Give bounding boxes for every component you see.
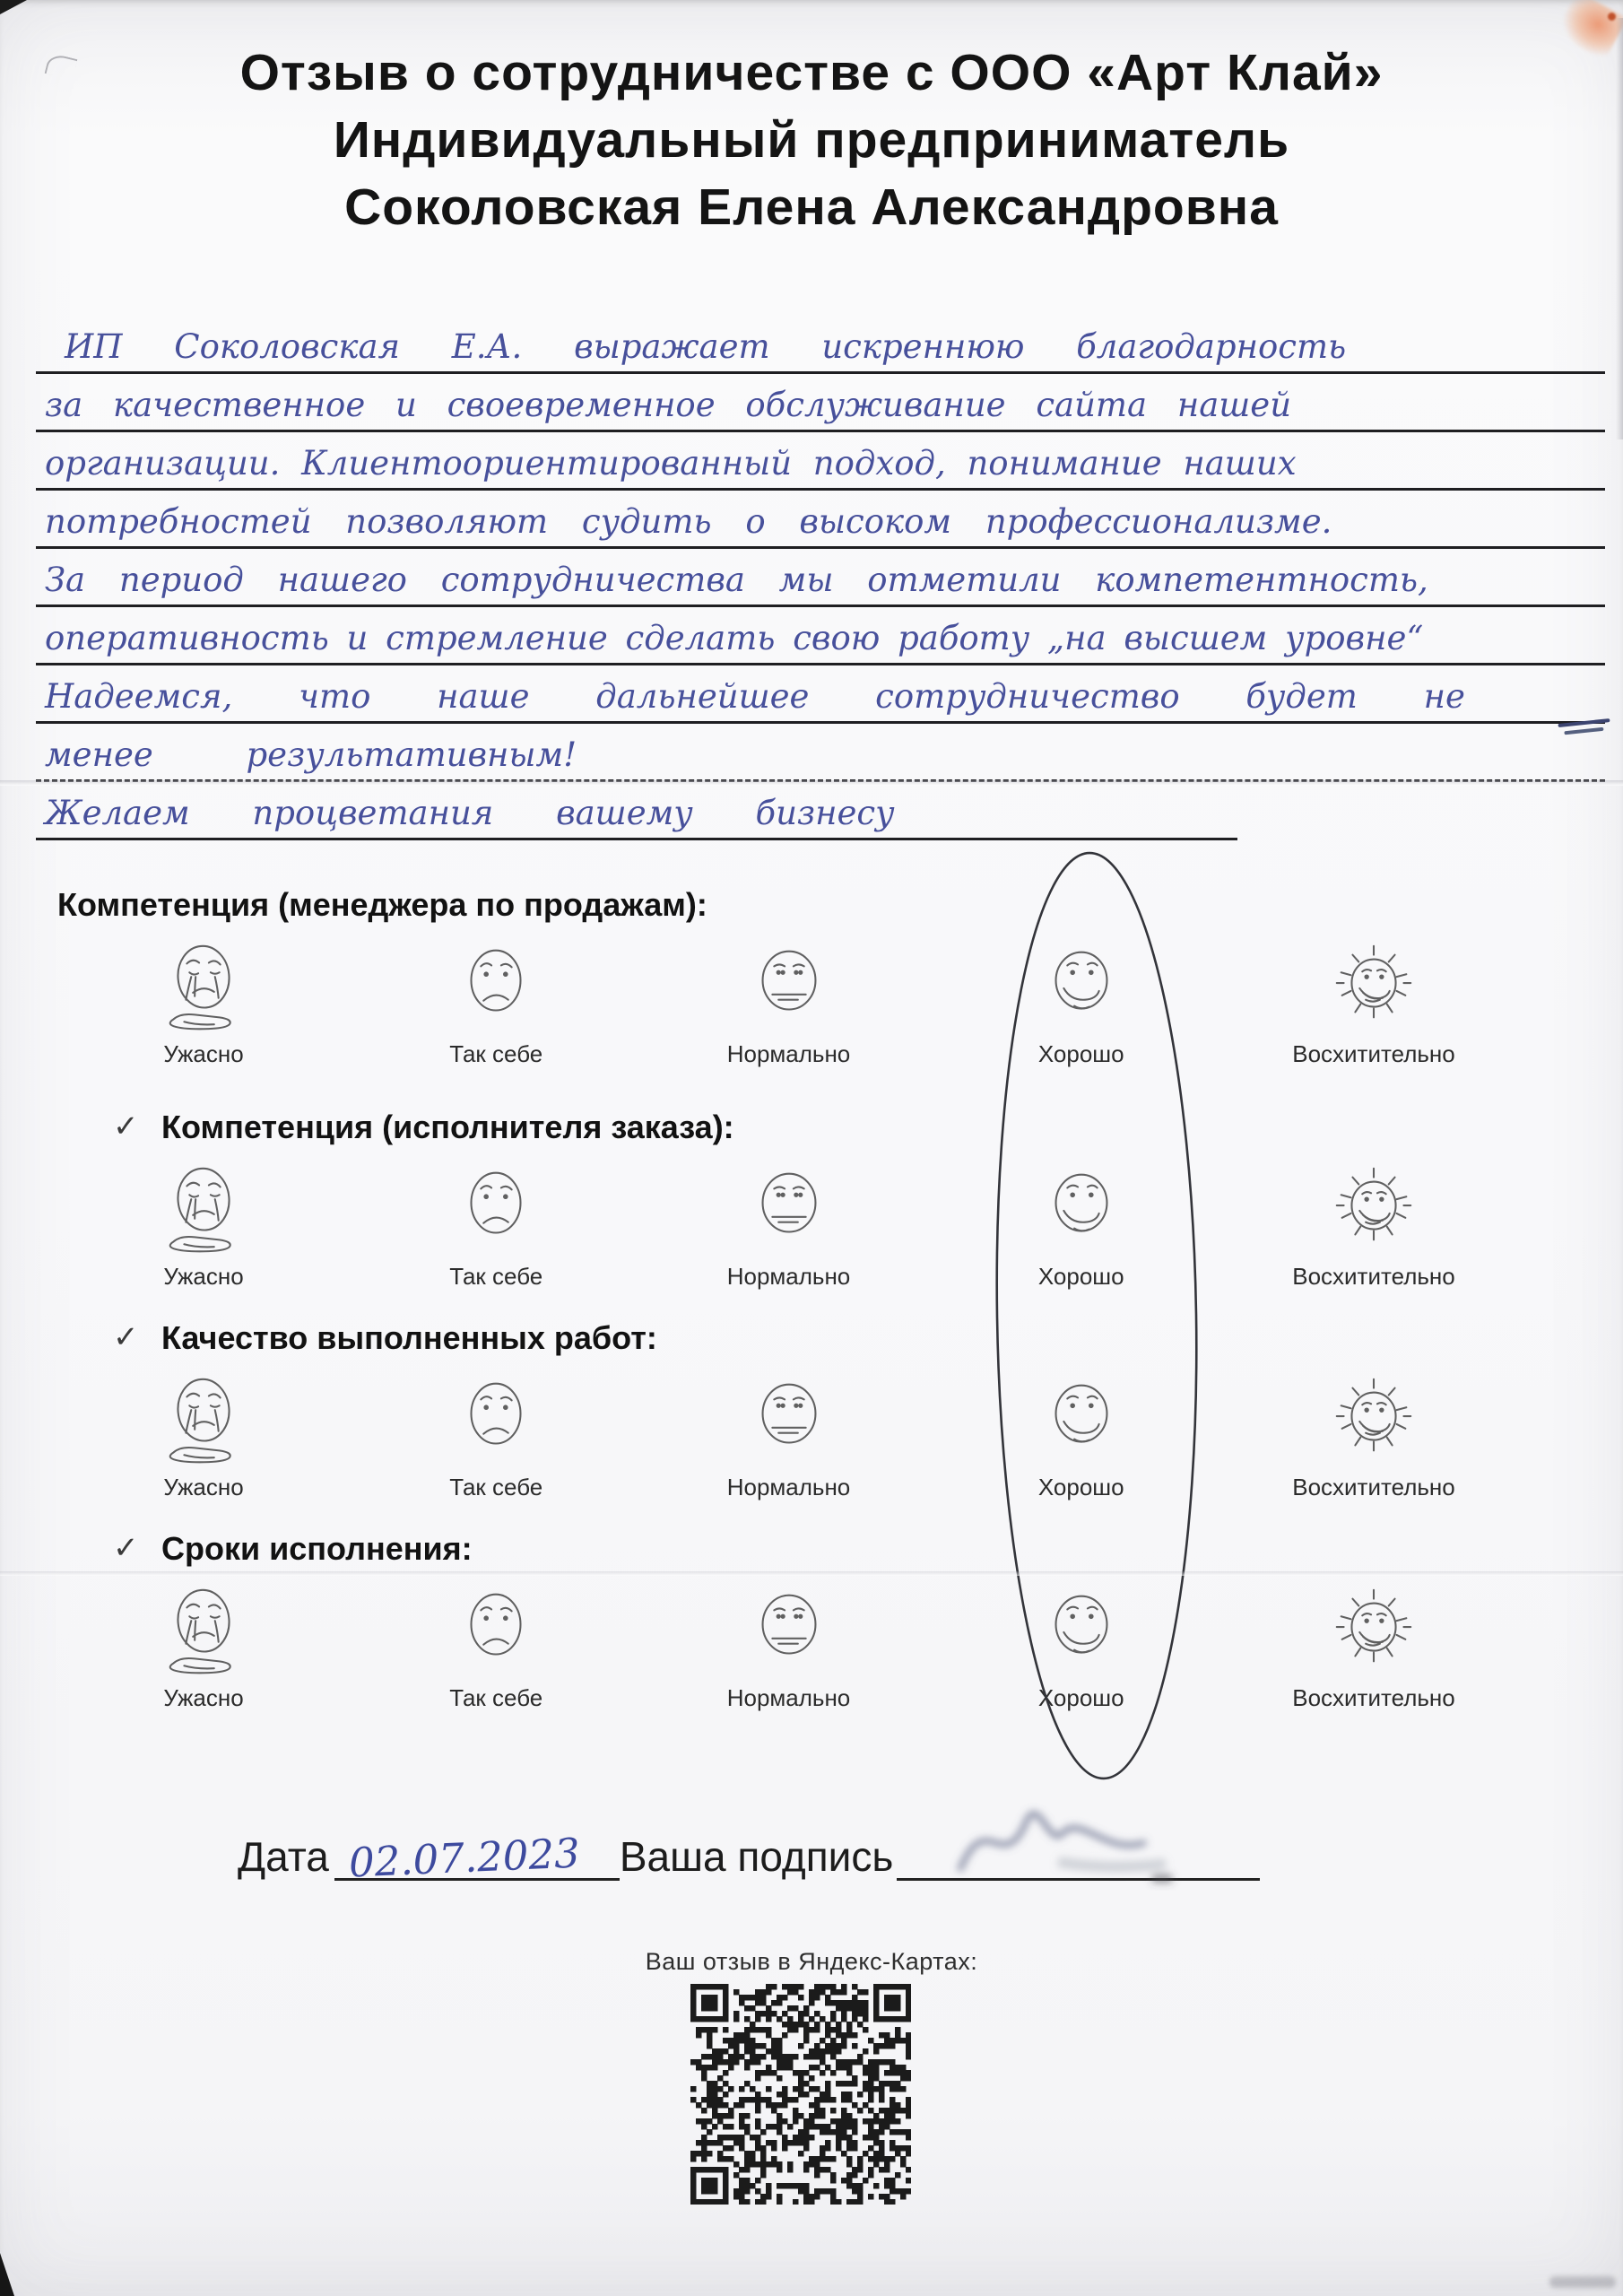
qr-code	[690, 1984, 911, 2205]
rating-option-good: Хорошо	[978, 1370, 1185, 1501]
sad-face-icon	[451, 1370, 541, 1468]
crying-face-icon	[159, 1370, 248, 1468]
rating-option-label: Ужасно	[163, 1040, 243, 1068]
scanned-feedback-form: Отзыв о сотрудничестве с ООО «Арт Клай» …	[0, 0, 1623, 2296]
rating-option-delightful: Восхитительно	[1271, 1580, 1477, 1712]
smiling-face-icon	[1037, 1580, 1126, 1679]
crying-face-icon	[159, 936, 248, 1035]
rating-section-heading: Качество выполненных работ:	[161, 1319, 657, 1357]
handwritten-line: организации. Клиентоориентированный подх…	[36, 432, 1605, 491]
rating-option-label: Нормально	[727, 1474, 851, 1501]
handwritten-line: за качественное и своевременное обслужив…	[36, 374, 1605, 432]
rating-option-good: Хорошо	[978, 1159, 1185, 1291]
sun-face-icon	[1329, 1580, 1419, 1679]
rating-options-row: Ужасно Так себе	[100, 1159, 1477, 1291]
scan-artifact-smudge	[1549, 2276, 1616, 2288]
neutral-face-icon	[744, 1159, 834, 1257]
neutral-face-icon	[744, 1580, 834, 1679]
handwritten-line: менее результативным!	[36, 724, 1605, 782]
rating-option-good: Хорошо	[978, 936, 1185, 1068]
rating-section: ✓ Компетенция (исполнителя заказа):	[0, 1109, 1623, 1319]
crying-face-icon	[159, 1159, 248, 1257]
rating-options-row: Ужасно Так себе	[100, 1580, 1477, 1712]
rating-options-row: Ужасно Так себе	[100, 936, 1477, 1068]
sad-face-icon	[451, 936, 541, 1035]
rating-section-header: ✓ Компетенция (исполнителя заказа):	[0, 1109, 1623, 1146]
handwritten-line: потребностей позволяют судить о высоком …	[36, 491, 1605, 549]
rating-option-label: Ужасно	[163, 1684, 243, 1712]
rating-option-so-so: Так себе	[393, 1159, 599, 1291]
scan-artifact-corner	[0, 2253, 14, 2296]
rating-option-so-so: Так себе	[393, 1370, 599, 1501]
rating-option-delightful: Восхитительно	[1271, 1370, 1477, 1501]
date-field: 02.07.2023	[334, 1826, 620, 1881]
signature-label: Ваша подпись	[620, 1832, 893, 1881]
rating-section-header: ✓ Качество выполненных работ:	[0, 1319, 1623, 1357]
rating-option-label: Хорошо	[1038, 1263, 1124, 1291]
rating-option-so-so: Так себе	[393, 1580, 599, 1712]
rating-option-so-so: Так себе	[393, 936, 599, 1068]
crying-face-icon	[159, 1580, 248, 1679]
rating-option-terrible: Ужасно	[100, 1159, 307, 1291]
handwritten-line: ИП Соколовская Е.А. выражает искреннюю б…	[36, 316, 1605, 374]
rating-option-label: Ужасно	[163, 1474, 243, 1501]
rating-option-good: Хорошо	[978, 1580, 1185, 1712]
signature-blurred	[924, 1792, 1219, 1891]
handwritten-line: оперативность и стремление сделать свою …	[36, 607, 1605, 665]
rating-option-terrible: Ужасно	[100, 1370, 307, 1501]
rating-option-label: Восхитительно	[1292, 1684, 1455, 1712]
handwritten-line: Желаем процветания вашему бизнесу	[36, 782, 1237, 840]
rating-section: ✓ Качество выполненных работ:	[0, 1319, 1623, 1530]
checkmark-icon: ✓	[113, 1109, 161, 1144]
rating-option-label: Так себе	[449, 1684, 542, 1712]
handwritten-line: Надеемся, что наше дальнейшее сотрудниче…	[36, 665, 1605, 724]
smiling-face-icon	[1037, 1370, 1126, 1468]
rating-option-label: Так себе	[449, 1474, 542, 1501]
rating-section-heading: Сроки исполнения:	[161, 1530, 473, 1568]
rating-option-delightful: Восхитительно	[1271, 1159, 1477, 1291]
rating-option-terrible: Ужасно	[100, 1580, 307, 1712]
rating-section: ✓ Компетенция (менеджера по продажам):	[0, 886, 1623, 1097]
scan-artifact-corner	[0, 0, 27, 14]
rating-option-terrible: Ужасно	[100, 936, 307, 1068]
smiling-face-icon	[1037, 1159, 1126, 1257]
rating-section-heading: Компетенция (менеджера по продажам):	[57, 886, 707, 924]
title-line-entrepreneur: Индивидуальный предприниматель	[0, 107, 1623, 174]
title-line-company: Отзыв о сотрудничестве с ООО «Арт Клай»	[0, 39, 1623, 107]
rating-option-label: Хорошо	[1038, 1474, 1124, 1501]
form-title: Отзыв о сотрудничестве с ООО «Арт Клай» …	[0, 39, 1623, 241]
rating-option-label: Ужасно	[163, 1263, 243, 1291]
rating-section-heading: Компетенция (исполнителя заказа):	[161, 1109, 734, 1146]
checkmark-icon: ✓	[113, 1319, 161, 1355]
rating-option-label: Восхитительно	[1292, 1040, 1455, 1068]
sad-face-icon	[451, 1159, 541, 1257]
scan-edge-shadow	[1616, 18, 1623, 439]
rating-section-header: ✓ Сроки исполнения:	[0, 1530, 1623, 1568]
qr-caption: Ваш отзыв в Яндекс-Картах:	[0, 1948, 1623, 1976]
sun-face-icon	[1329, 1370, 1419, 1468]
handwritten-line: За период нашего сотрудничества мы отмет…	[36, 549, 1605, 607]
sad-face-icon	[451, 1580, 541, 1679]
rating-option-label: Хорошо	[1038, 1040, 1124, 1068]
rating-option-label: Так себе	[449, 1263, 542, 1291]
rating-option-normal: Нормально	[686, 1370, 892, 1501]
rating-option-normal: Нормально	[686, 1159, 892, 1291]
rating-option-label: Нормально	[727, 1684, 851, 1712]
title-line-person: Соколовская Елена Александровна	[0, 174, 1623, 241]
rating-option-normal: Нормально	[686, 1580, 892, 1712]
rating-options-row: Ужасно Так себе	[100, 1370, 1477, 1501]
rating-option-label: Нормально	[727, 1263, 851, 1291]
sun-face-icon	[1329, 936, 1419, 1035]
scan-artifact-smudge	[1608, 13, 1616, 21]
rating-option-label: Восхитительно	[1292, 1263, 1455, 1291]
rating-option-label: Хорошо	[1038, 1684, 1124, 1712]
sun-face-icon	[1329, 1159, 1419, 1257]
checkmark-icon: ✓	[113, 1530, 161, 1566]
neutral-face-icon	[744, 936, 834, 1035]
rating-section: ✓ Сроки исполнения:	[0, 1530, 1623, 1741]
rating-option-normal: Нормально	[686, 936, 892, 1068]
smiling-face-icon	[1037, 936, 1126, 1035]
date-value-handwritten: 02.07.2023	[348, 1829, 581, 1886]
rating-option-label: Нормально	[727, 1040, 851, 1068]
rating-option-label: Так себе	[449, 1040, 542, 1068]
rating-option-delightful: Восхитительно	[1271, 936, 1477, 1068]
rating-section-header: ✓ Компетенция (менеджера по продажам):	[0, 886, 1623, 924]
signature-field	[897, 1826, 1260, 1881]
handwritten-review: ИП Соколовская Е.А. выражает искреннюю б…	[36, 316, 1605, 840]
neutral-face-icon	[744, 1370, 834, 1468]
rating-option-label: Восхитительно	[1292, 1474, 1455, 1501]
date-label: Дата	[238, 1832, 329, 1881]
date-signature-row: Дата 02.07.2023 Ваша подпись	[238, 1826, 1260, 1881]
